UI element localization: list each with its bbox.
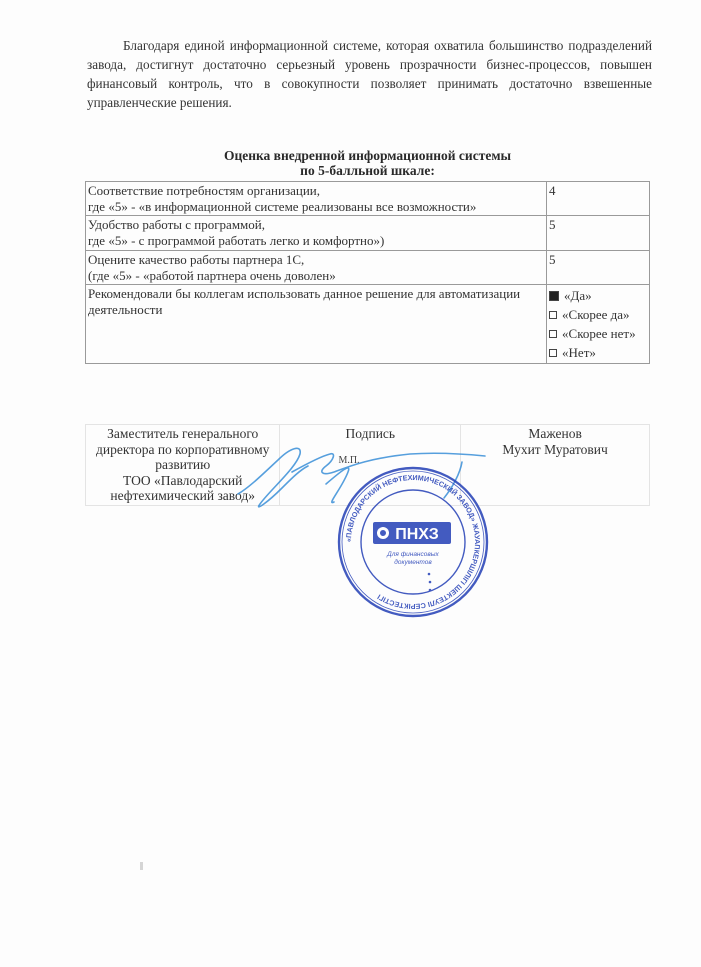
evaluation-title-line2: по 5-балльной шкале: — [85, 163, 650, 178]
scan-artifact — [140, 862, 143, 870]
stamp-center-line1: Для финансовых — [386, 551, 439, 558]
question-title: Удобство работы с программой, — [88, 217, 544, 233]
table-row: Соответствие потребностям организации, г… — [86, 182, 650, 216]
table-row: Оцените качество работы партнера 1С, (гд… — [86, 251, 650, 285]
recommend-options-cell: «Да» «Скорее да» «Скорее нет» «Нет» — [547, 285, 650, 364]
option-yes[interactable]: «Да» — [549, 286, 647, 305]
question-hint: где «5» - с программой работать легко и … — [88, 233, 544, 249]
checkbox-icon[interactable] — [549, 330, 557, 338]
score-cell: 4 — [547, 182, 650, 216]
option-label: «Скорее да» — [562, 307, 630, 323]
option-label: «Скорее нет» — [562, 326, 636, 342]
stamp-center-line2: документов — [394, 558, 432, 566]
table-row: Рекомендовали бы коллегам использовать д… — [86, 285, 650, 364]
question-cell: Соответствие потребностям организации, г… — [86, 182, 547, 216]
checkbox-icon[interactable] — [549, 311, 557, 319]
question-title: Оцените качество работы партнера 1С, — [88, 252, 544, 268]
question-hint: где «5» - «в информационной системе реал… — [88, 199, 544, 215]
table-row: Удобство работы с программой, где «5» - … — [86, 216, 650, 251]
question-cell: Оцените качество работы партнера 1С, (гд… — [86, 251, 547, 285]
evaluation-title: Оценка внедренной информационной системы… — [85, 148, 650, 178]
option-label: «Да» — [564, 288, 592, 304]
intro-paragraph: Благодаря единой информационной системе,… — [87, 36, 652, 112]
question-cell: Удобство работы с программой, где «5» - … — [86, 216, 547, 251]
score-cell: 5 — [547, 251, 650, 285]
question-hint: (где «5» - «работой партнера очень довол… — [88, 268, 544, 284]
document-page: Благодаря единой информационной системе,… — [0, 0, 701, 967]
given-names: Мухит Муратович — [463, 442, 647, 458]
option-label: «Нет» — [562, 345, 596, 361]
stamp-logo-text: ПНХЗ — [395, 526, 439, 543]
evaluation-title-line1: Оценка внедренной информационной системы — [85, 148, 650, 163]
score-cell: 5 — [547, 216, 650, 251]
checkbox-icon[interactable] — [549, 291, 559, 301]
option-rather-no[interactable]: «Скорее нет» — [549, 324, 647, 343]
company-stamp-icon: «ПАВЛОДАРСКИЙ НЕФТЕХИМИЧЕСКИЙ ЗАВОД» ЖАУ… — [333, 462, 493, 622]
question-title: Соответствие потребностям организации, — [88, 183, 544, 199]
surname: Маженов — [463, 426, 647, 442]
question-cell: Рекомендовали бы коллегам использовать д… — [86, 285, 547, 364]
option-no[interactable]: «Нет» — [549, 343, 647, 362]
evaluation-table: Соответствие потребностям организации, г… — [85, 181, 650, 364]
checkbox-icon[interactable] — [549, 349, 557, 357]
option-rather-yes[interactable]: «Скорее да» — [549, 305, 647, 324]
